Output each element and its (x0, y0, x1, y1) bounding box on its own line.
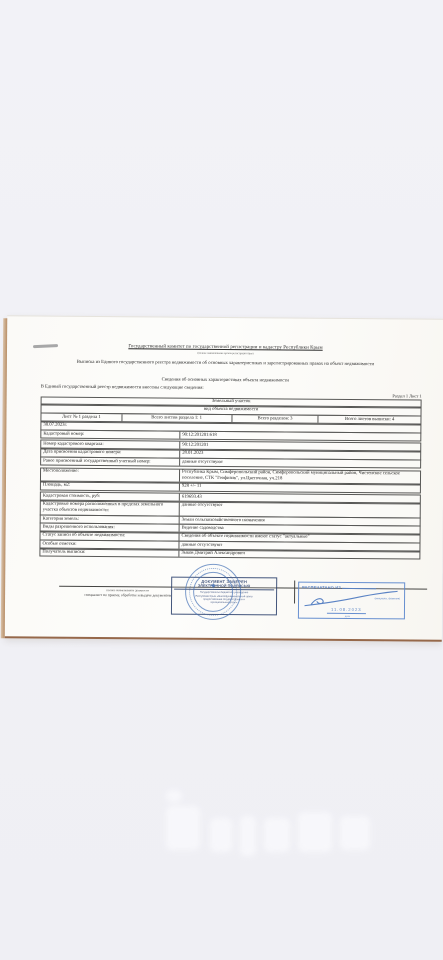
signature-divider (294, 581, 295, 604)
field-label: Ранее присвоенный государственный учетны… (41, 458, 180, 466)
field-rows-host: Кадастровый номер: 90:12:201201:618 Номе… (39, 430, 421, 560)
sheet-cell: Всего разделов: 3 (232, 415, 319, 423)
field-value: данные отсутствуют (180, 459, 420, 468)
section-heading: Сведения об основных характеристиках объ… (7, 376, 443, 384)
field-value: Зыков Дмитрий Александрович (179, 550, 419, 559)
field-value: Республика Крым, Симферопольский район, … (180, 469, 420, 484)
field-label: Кадастровая стоимость, руб: (41, 493, 180, 501)
field-label: Виды разрешенного использования: (41, 524, 180, 532)
field-label: Площадь, м2: (41, 482, 180, 490)
seal-emblem-icon: ✦ (186, 582, 240, 591)
stamp-date-caption: дата (345, 615, 350, 618)
printed-from-stamp: РАСПЕЧАТАНО ИЗ (инициалы, фамилия) 11.08… (298, 582, 405, 620)
field-label: Кадастровые номера расположенных в преде… (41, 501, 180, 515)
section-page-label: Раздел 1 Лист 1 (392, 393, 421, 398)
sheet-cell: Всего листов раздела 1: 1 (122, 414, 232, 422)
field-label: Статус записи об объекте недвижимости: (41, 532, 180, 540)
field-value: данные отсутствуют (180, 502, 420, 517)
field-label: Кадастровый номер: (41, 431, 180, 439)
field-label: Дата присвоения кадастрового номера: (41, 449, 180, 457)
field-label: Особые отметки: (40, 541, 179, 549)
photo-watermark (158, 788, 408, 868)
field-label: Категория земель: (41, 516, 180, 524)
field-label: Получатель выписки: (40, 549, 179, 557)
intro-line: В Единый государственный реестр недвижим… (41, 385, 204, 391)
sheet-cell: Всего листов выписки: 4 (319, 416, 421, 424)
field-value: 90:12:201201:618 (180, 432, 420, 441)
round-seal-stamp: ✦ (185, 564, 241, 620)
stamp-date: 11.08.2023 (327, 607, 366, 614)
characteristics-table: Земельный участок вид объекта недвижимос… (39, 397, 421, 560)
initials-caption: (инициалы, фамилия) (375, 597, 401, 600)
sheet-cell: Лист № 1 раздела 1 (41, 414, 122, 422)
field-value: 928 +/- 11 (180, 484, 420, 493)
field-label: Номер кадастрового квартала: (41, 441, 180, 449)
document-page: Государственный комитет по государственн… (5, 315, 443, 641)
seal-inner-ring (193, 572, 233, 612)
field-label: Местоположение: (41, 468, 180, 482)
document-title: Выписка из Единого государственного реес… (25, 359, 426, 368)
